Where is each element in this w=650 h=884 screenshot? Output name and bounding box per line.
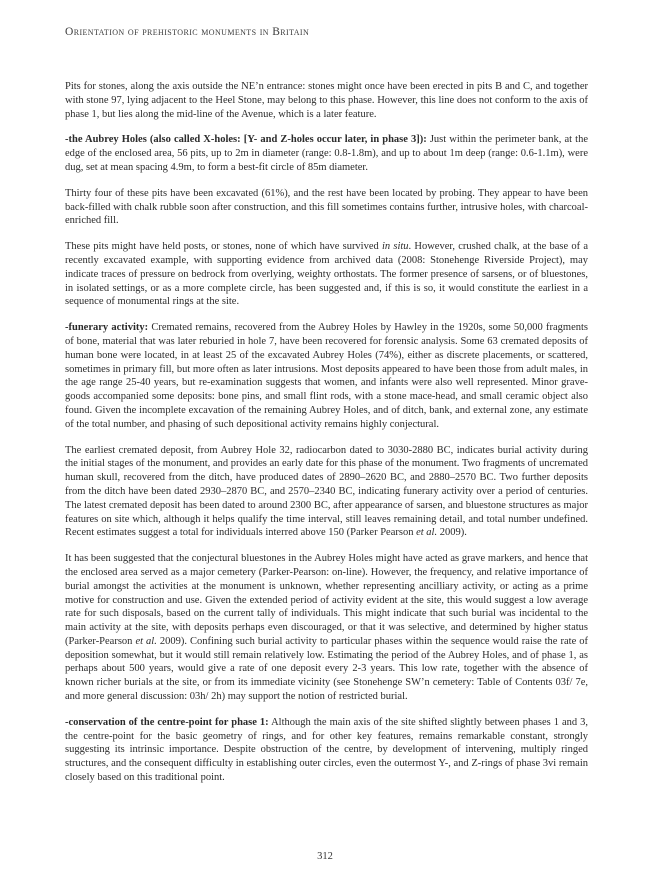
text-segment: in situ	[382, 241, 409, 252]
text-segment: It has been suggested that the conjectur…	[65, 553, 588, 647]
paragraph: Pits for stones, along the axis outside …	[65, 80, 588, 121]
paragraph: These pits might have held posts, or sto…	[65, 240, 588, 309]
paragraph: -the Aubrey Holes (also called X-holes: …	[65, 133, 588, 174]
document-page: Orientation of prehistoric monuments in …	[0, 0, 650, 884]
paragraph: -funerary activity: Cremated remains, re…	[65, 321, 588, 431]
paragraph: The earliest cremated deposit, from Aubr…	[65, 444, 588, 541]
running-header: Orientation of prehistoric monuments in …	[65, 26, 309, 38]
text-segment: Pits for stones, along the axis outside …	[65, 81, 588, 120]
text-segment: These pits might have held posts, or sto…	[65, 241, 382, 252]
text-segment: Thirty four of these pits have been exca…	[65, 188, 588, 227]
paragraph-lead-bold: -funerary activity:	[65, 322, 148, 333]
text-segment: The earliest cremated deposit, from Aubr…	[65, 445, 588, 539]
paragraph: It has been suggested that the conjectur…	[65, 552, 588, 704]
text-segment: et al.	[135, 636, 156, 647]
paragraph-lead-bold: -conservation of the centre-point for ph…	[65, 717, 269, 728]
text-segment: 2009).	[437, 527, 467, 538]
paragraph-lead-bold: -the Aubrey Holes (also called X-holes: …	[65, 134, 427, 145]
page-number: 312	[0, 851, 650, 862]
paragraph: -conservation of the centre-point for ph…	[65, 716, 588, 785]
paragraph: Thirty four of these pits have been exca…	[65, 187, 588, 228]
text-segment: et al.	[416, 527, 437, 538]
page-body: Pits for stones, along the axis outside …	[65, 80, 588, 797]
text-segment: Cremated remains, recovered from the Aub…	[65, 322, 588, 430]
